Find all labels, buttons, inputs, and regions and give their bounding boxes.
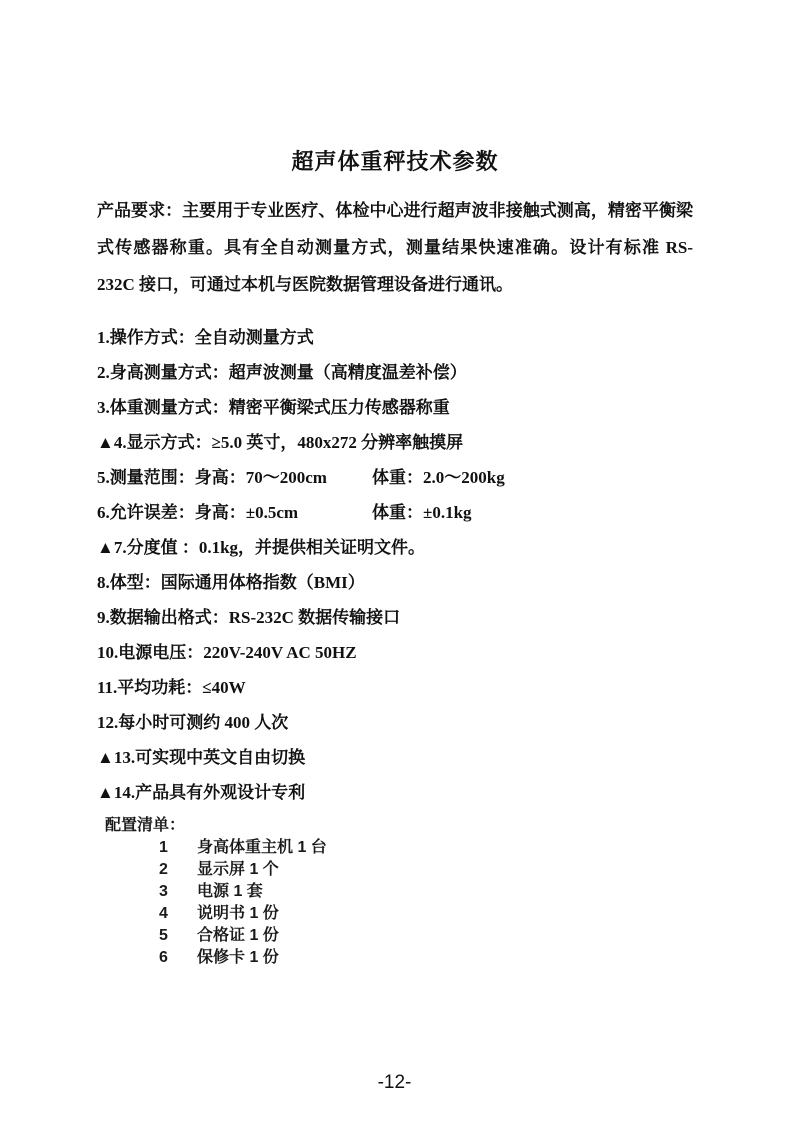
config-item-number: 1 bbox=[159, 837, 197, 859]
spec-item: 12.每小时可测约 400 人次 bbox=[97, 705, 693, 740]
spec-item-col2: 体重：±0.1kg bbox=[372, 503, 472, 522]
spec-item: 9.数据输出格式：RS-232C 数据传输接口 bbox=[97, 600, 693, 635]
spec-item-col1: ▲7.分度值 ：0.1kg，并提供相关证明文件。 bbox=[97, 530, 425, 565]
spec-item: ▲13.可实现中英文自由切换 bbox=[97, 740, 693, 775]
spec-item-col1: 2.身高测量方式：超声波测量（高精度温差补偿） bbox=[97, 355, 467, 390]
spec-item: 2.身高测量方式：超声波测量（高精度温差补偿） bbox=[97, 355, 693, 390]
config-item-number: 4 bbox=[159, 903, 197, 925]
spec-item-col1: 9.数据输出格式：RS-232C 数据传输接口 bbox=[97, 600, 400, 635]
config-item: 4说明书 1 份 bbox=[97, 903, 693, 925]
spec-item-col1: 5.测量范围：身高：70～200cm bbox=[97, 460, 372, 495]
config-item: 2显示屏 1 个 bbox=[97, 859, 693, 881]
config-item-number: 2 bbox=[159, 859, 197, 881]
config-item: 6保修卡 1 份 bbox=[97, 947, 693, 969]
config-item-text: 保修卡 1 份 bbox=[197, 947, 279, 969]
spec-item-col1: 3.体重测量方式：精密平衡梁式压力传感器称重 bbox=[97, 390, 450, 425]
page-number: -12- bbox=[0, 1072, 789, 1094]
spec-item: 5.测量范围：身高：70～200cm体重：2.0～200kg bbox=[97, 460, 693, 495]
config-item: 5合格证 1 份 bbox=[97, 925, 693, 947]
spec-item: ▲7.分度值 ：0.1kg，并提供相关证明文件。 bbox=[97, 530, 693, 565]
spec-item: 11.平均功耗：≤40W bbox=[97, 670, 693, 705]
config-item-text: 显示屏 1 个 bbox=[197, 859, 279, 881]
spec-item-col1: 1.操作方式：全自动测量方式 bbox=[97, 320, 372, 355]
spec-item-col1: ▲13.可实现中英文自由切换 bbox=[97, 740, 372, 775]
spec-item-col1: 10.电源电压：220V-240V AC 50HZ bbox=[97, 635, 372, 670]
config-item: 1身高体重主机 1 台 bbox=[97, 837, 693, 859]
config-item-text: 身高体重主机 1 台 bbox=[197, 837, 327, 859]
config-item-text: 电源 1 套 bbox=[197, 881, 263, 903]
spec-item-col1: 12.每小时可测约 400 人次 bbox=[97, 705, 372, 740]
spec-item-col2: 体重：2.0～200kg bbox=[372, 468, 505, 487]
config-item-number: 5 bbox=[159, 925, 197, 947]
spec-item-col1: ▲4.显示方式：≥5.0 英寸，480x272 分辨率触摸屏 bbox=[97, 425, 463, 460]
spec-item: 3.体重测量方式：精密平衡梁式压力传感器称重 bbox=[97, 390, 693, 425]
config-item-number: 3 bbox=[159, 881, 197, 903]
spec-item-col1: 11.平均功耗：≤40W bbox=[97, 670, 372, 705]
config-item-text: 合格证 1 份 bbox=[197, 925, 279, 947]
spec-item: ▲4.显示方式：≥5.0 英寸，480x272 分辨率触摸屏 bbox=[97, 425, 693, 460]
config-item-text: 说明书 1 份 bbox=[197, 903, 279, 925]
spec-item-col1: 8.体型：国际通用体格指数（BMI） bbox=[97, 565, 372, 600]
config-section: 配置清单： 1身高体重主机 1 台 2显示屏 1 个 3电源 1 套 4说明书 … bbox=[97, 815, 693, 969]
spec-list: 1.操作方式：全自动测量方式 2.身高测量方式：超声波测量（高精度温差补偿） 3… bbox=[97, 320, 693, 810]
spec-item-col1: ▲14.产品具有外观设计专利 bbox=[97, 775, 372, 810]
document-content: 超声体重秤技术参数 产品要求：主要用于专业医疗、体检中心进行超声波非接触式测高，… bbox=[97, 0, 693, 969]
intro-paragraph: 产品要求：主要用于专业医疗、体检中心进行超声波非接触式测高，精密平衡梁式传感器称… bbox=[97, 192, 693, 303]
spec-item: 10.电源电压：220V-240V AC 50HZ bbox=[97, 635, 693, 670]
spec-item: 6.允许误差：身高：±0.5cm体重：±0.1kg bbox=[97, 495, 693, 530]
spec-item-col1: 6.允许误差：身高：±0.5cm bbox=[97, 495, 372, 530]
spec-item: 1.操作方式：全自动测量方式 bbox=[97, 320, 693, 355]
config-item: 3电源 1 套 bbox=[97, 881, 693, 903]
document-title: 超声体重秤技术参数 bbox=[97, 145, 693, 176]
config-list-header: 配置清单： bbox=[105, 815, 693, 837]
spec-item: 8.体型：国际通用体格指数（BMI） bbox=[97, 565, 693, 600]
config-item-number: 6 bbox=[159, 947, 197, 969]
document-page: 超声体重秤技术参数 产品要求：主要用于专业医疗、体检中心进行超声波非接触式测高，… bbox=[0, 0, 789, 1123]
spec-item: ▲14.产品具有外观设计专利 bbox=[97, 775, 693, 810]
